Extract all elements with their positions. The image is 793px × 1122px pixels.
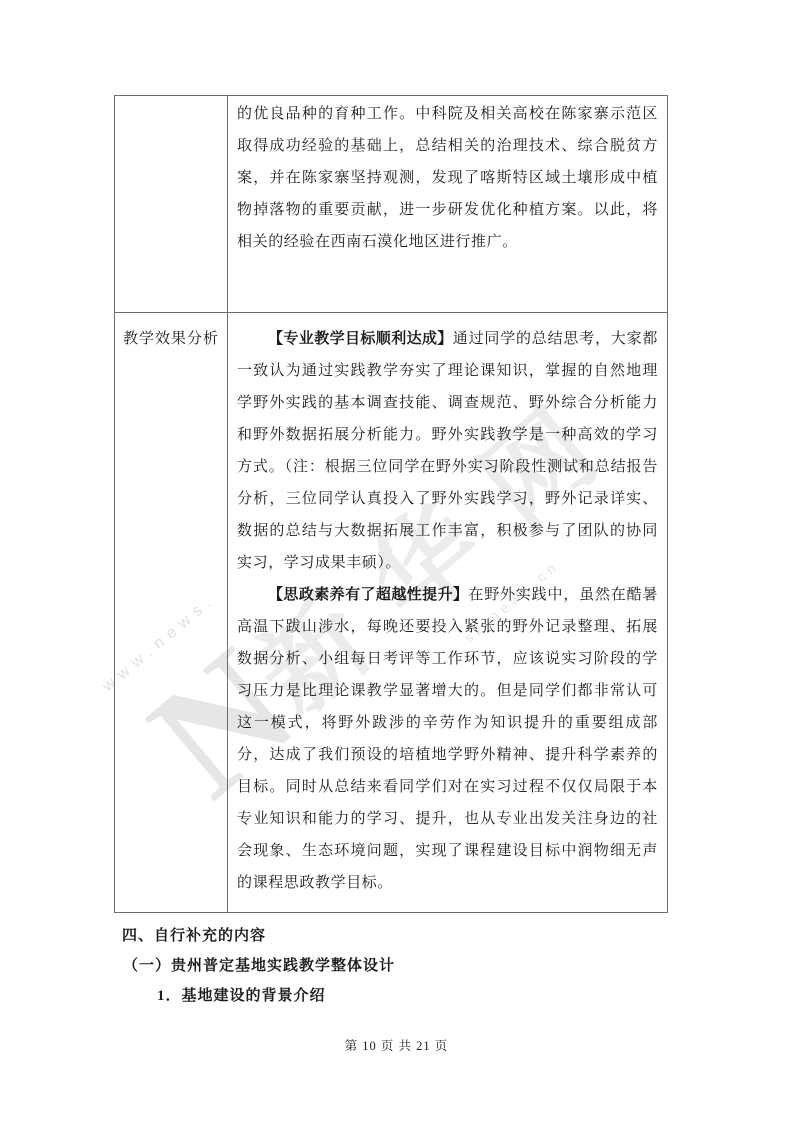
paragraph-text: 在野外实践中，虽然在酷暑高温下跋山涉水，每晚还要投入紧张的野外记录整理、拓展数据… [237, 587, 658, 891]
paragraph: 【专业教学目标顺利达成】通过同学的总结思考，大家都一致认为通过实践教学夯实了理论… [237, 323, 658, 579]
document-page: www.news. N新华网 sz.news.cn 的优良品种的育种工作。中科院… [0, 0, 793, 1122]
subsubsection-heading: 1．基地建设的背景介绍 [157, 981, 395, 1011]
paragraph-bold-heading: 【思政素养有了超越性提升】 [268, 587, 468, 603]
section-heading: 四、自行补充的内容 [122, 921, 395, 951]
page-number: 第 10 页 共 21 页 [0, 1036, 793, 1054]
row-content-cell: 的优良品种的育种工作。中科院及相关高校在陈家寨示范区取得成功经验的基础上，总结相… [228, 96, 668, 313]
paragraph-text: 通过同学的总结思考，大家都一致认为通过实践教学夯实了理论课知识，掌握的自然地理学… [237, 331, 658, 571]
table-row-teaching-effect: 教学效果分析 【专业教学目标顺利达成】通过同学的总结思考，大家都一致认为通过实践… [115, 313, 668, 913]
subsection-heading: （一）贵州普定基地实践教学整体设计 [123, 951, 395, 981]
paragraph-bold-heading: 【专业教学目标顺利达成】 [268, 331, 453, 347]
paragraph-text: 的优良品种的育种工作。中科院及相关高校在陈家寨示范区取得成功经验的基础上，总结相… [237, 106, 658, 250]
row-label: 教学效果分析 [123, 331, 219, 347]
row-label-cell-empty [115, 96, 228, 313]
content-table: 的优良品种的育种工作。中科院及相关高校在陈家寨示范区取得成功经验的基础上，总结相… [114, 95, 668, 913]
table-row-continuation: 的优良品种的育种工作。中科院及相关高校在陈家寨示范区取得成功经验的基础上，总结相… [115, 96, 668, 313]
section-headings: 四、自行补充的内容 （一）贵州普定基地实践教学整体设计 1．基地建设的背景介绍 [122, 921, 395, 1011]
paragraph: 【思政素养有了超越性提升】在野外实践中，虽然在酷暑高温下跋山涉水，每晚还要投入紧… [237, 579, 658, 899]
row-label-cell: 教学效果分析 [115, 313, 228, 913]
paragraph: 的优良品种的育种工作。中科院及相关高校在陈家寨示范区取得成功经验的基础上，总结相… [237, 96, 658, 258]
row-content-cell: 【专业教学目标顺利达成】通过同学的总结思考，大家都一致认为通过实践教学夯实了理论… [228, 313, 668, 913]
